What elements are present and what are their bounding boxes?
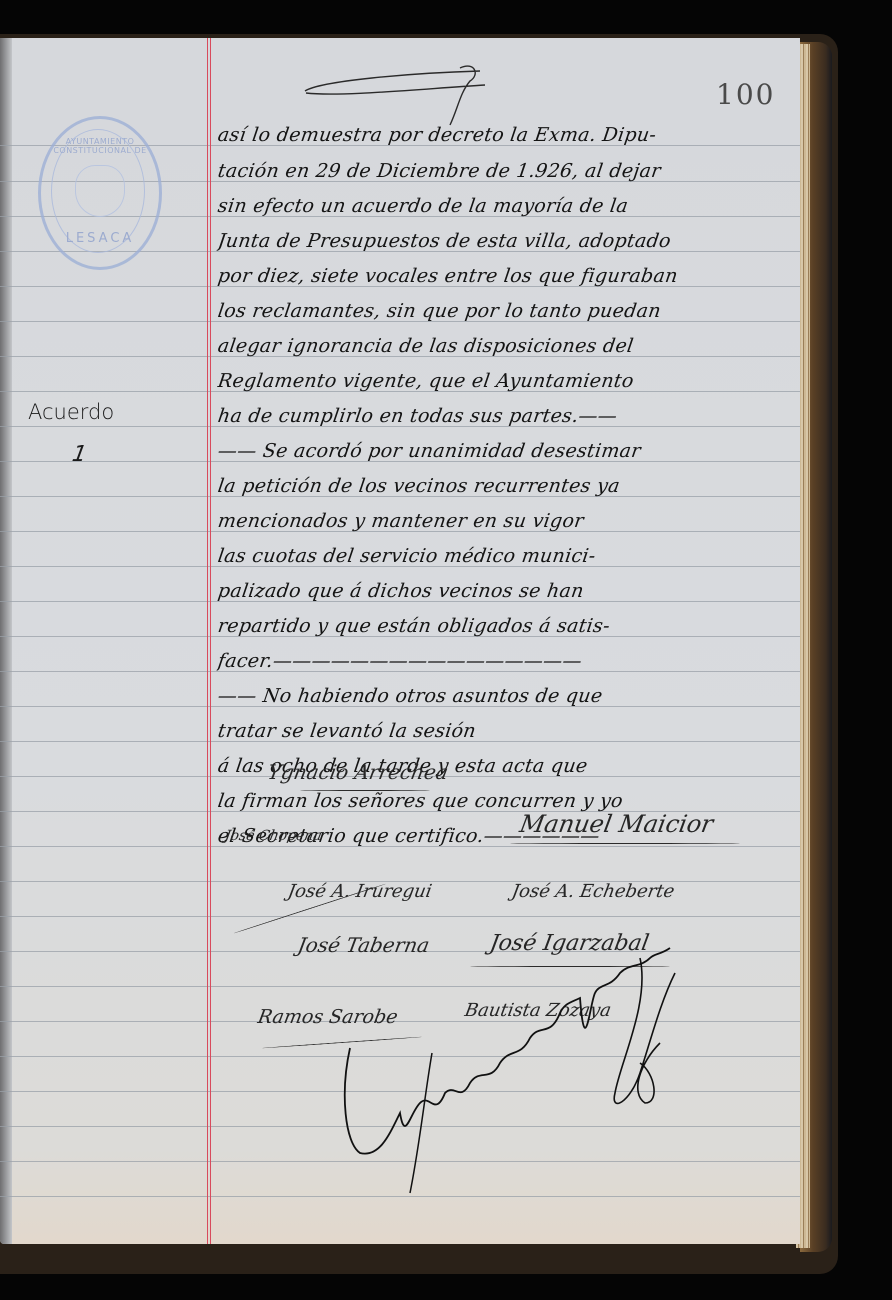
margin-note-number: 1 bbox=[67, 442, 90, 467]
signature-flourish bbox=[510, 843, 740, 844]
secretary-signature-icon bbox=[340, 943, 740, 1203]
ruled-line bbox=[0, 916, 800, 917]
gutter-shadow bbox=[0, 38, 12, 1244]
stamp-top-text: AYUNTAMIENTO CONSTITUCIONAL DE bbox=[41, 137, 159, 155]
crest-icon bbox=[75, 165, 125, 217]
body-line: Junta de Presupuestos de esta villa, ado… bbox=[216, 230, 789, 252]
ledger-page: 100 AYUNTAMIENTO CONSTITUCIONAL DE LESAC… bbox=[0, 38, 800, 1244]
margin-rule bbox=[207, 38, 208, 1244]
body-line: por diez, siete vocales entre los que fi… bbox=[216, 265, 789, 287]
body-line: ha de cumplirlo en todas sus partes.—— bbox=[216, 405, 789, 427]
signature: José A. Echeberte bbox=[510, 881, 676, 902]
body-line: Reglamento vigente, que el Ayuntamiento bbox=[216, 370, 789, 392]
body-line: sin efecto un acuerdo de la mayoría de l… bbox=[216, 195, 789, 217]
body-line: alegar ignorancia de las disposiciones d… bbox=[216, 335, 789, 357]
body-line: tratar se levantó la sesión bbox=[216, 720, 789, 742]
body-line: tación en 29 de Diciembre de 1.926, al d… bbox=[216, 160, 789, 182]
signature-flourish bbox=[300, 790, 430, 791]
body-line: así lo demuestra por decreto la Exma. Di… bbox=[216, 124, 789, 146]
page-number: 100 bbox=[716, 78, 775, 111]
signature: Ygnacio Arrechea bbox=[266, 760, 450, 784]
body-line: repartido y que están obligados á satis- bbox=[216, 615, 789, 637]
margin-rule bbox=[210, 38, 211, 1244]
body-line: palizado que á dichos vecinos se han bbox=[216, 580, 789, 602]
body-line: los reclamantes, sin que por lo tanto pu… bbox=[216, 300, 789, 322]
body-line: mencionados y mantener en su vigor bbox=[216, 510, 789, 532]
stamp-bottom-text: LESACA bbox=[41, 231, 159, 246]
body-line: la petición de los vecinos recurrentes y… bbox=[216, 475, 789, 497]
body-line: —— No habiendo otros asuntos de que bbox=[216, 685, 789, 707]
body-line: las cuotas del servicio médico munici- bbox=[216, 545, 789, 567]
body-line: facer.———————————————— bbox=[216, 650, 789, 672]
signature: José Chopena bbox=[224, 828, 324, 844]
body-line: la firman los señores que concurren y yo bbox=[216, 790, 789, 812]
signature: Manuel Maicior bbox=[518, 810, 716, 838]
flourish-icon bbox=[300, 63, 500, 133]
body-line: —— Se acordó por unanimidad desestimar bbox=[216, 440, 789, 462]
municipal-stamp: AYUNTAMIENTO CONSTITUCIONAL DE LESACA bbox=[38, 116, 162, 270]
margin-note-heading: Acuerdo bbox=[28, 400, 114, 424]
